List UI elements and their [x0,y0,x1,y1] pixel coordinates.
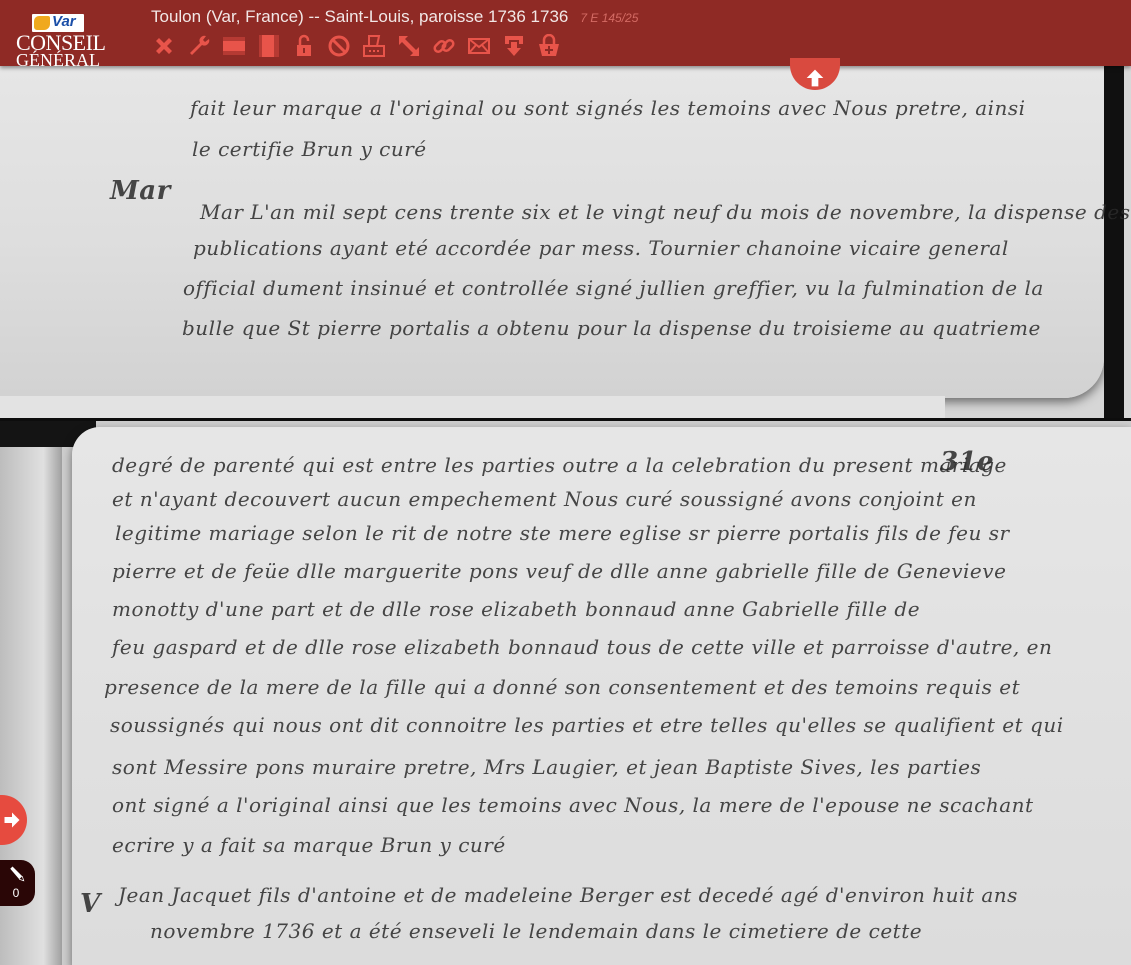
download-button[interactable] [501,33,527,59]
forbidden-button[interactable] [326,33,352,59]
manuscript-line: official dument insinué et controllée si… [183,276,1044,300]
fit-width-button[interactable] [221,33,247,59]
archive-reference: 7 E 145/25 [580,11,638,25]
manuscript-line: presence de la mere de la fille qui a do… [104,675,1020,699]
close-icon [152,34,176,58]
print-button[interactable] [361,33,387,59]
margin-note: V [80,889,101,919]
manuscript-line: legitime mariage selon le rit de notre s… [115,521,1010,545]
forbidden-icon [327,34,351,58]
fit-width-icon [222,34,246,58]
manuscript-line: le certifie Brun y curé [192,137,427,161]
expand-icon [397,34,421,58]
margin-note: Mar [110,176,171,206]
basket-add-icon [537,34,561,58]
add-to-basket-button[interactable] [536,33,562,59]
title-text: Toulon (Var, France) -- Saint-Louis, par… [151,7,568,26]
manuscript-line: bulle que St pierre portalis a obtenu po… [182,316,1041,340]
logo-line2: GÉNÉRAL [16,51,100,69]
unlock-button[interactable] [291,33,317,59]
fit-height-icon [257,34,281,58]
envelope-icon [467,34,491,58]
fit-height-button[interactable] [256,33,282,59]
manuscript-line: monotty d'une part et de dlle rose eliza… [112,597,920,621]
link-button[interactable] [431,33,457,59]
email-button[interactable] [466,33,492,59]
annotations-button[interactable]: 0 [0,860,35,906]
document-title: Toulon (Var, France) -- Saint-Louis, par… [151,7,638,27]
viewer-header: Var CONSEIL GÉNÉRAL Toulon (Var, France)… [0,0,1131,66]
unlock-icon [292,34,316,58]
logo-badge-text: Var [52,13,76,30]
manuscript-line: feu gaspard et de dlle rose elizabeth bo… [112,635,1052,659]
manuscript-line: publications ayant eté accordée par mess… [193,236,1009,260]
manuscript-line: Mar L'an mil sept cens trente six et le … [200,200,1131,224]
manuscript-line: fait leur marque a l'original ou sont si… [190,96,1026,120]
pencil-icon [8,865,26,883]
annotation-count: 0 [0,886,32,900]
manuscript-line: degré de parenté qui est entre les parti… [112,453,1007,477]
wrench-icon [187,34,211,58]
page-edge [0,396,945,418]
manuscript-line: ecrire y a fait sa marque Brun y curé [112,833,506,857]
manuscript-line: Jean Jacquet fils d'antoine et de madele… [118,883,1018,907]
manuscript-line: soussignés qui nous ont dit connoitre le… [110,713,1064,737]
close-button[interactable] [151,33,177,59]
image-viewer[interactable]: fait leur marque a l'original ou sont si… [0,0,1131,965]
arrow-right-icon [3,811,21,829]
conseil-general-var-logo[interactable]: Var CONSEIL GÉNÉRAL [14,12,102,68]
settings-button[interactable] [186,33,212,59]
fullscreen-button[interactable] [396,33,422,59]
register-page-bottom: 31e degré de parenté qui est entre les p… [0,421,1131,965]
var-map-icon [34,16,50,30]
printer-icon [362,34,386,58]
manuscript-line: sont Messire pons muraire pretre, Mrs La… [112,755,981,779]
toolbar [151,33,571,59]
download-icon [502,34,526,58]
arrow-up-icon [805,68,825,88]
manuscript-line: pierre et de feüe dlle marguerite pons v… [112,559,1006,583]
manuscript-line: et n'ayant decouvert aucun empechement N… [112,487,977,511]
manuscript-line: ont signé a l'original ainsi que les tem… [112,793,1034,817]
manuscript-line: novembre 1736 et a été enseveli le lende… [150,919,922,943]
link-icon [432,34,456,58]
